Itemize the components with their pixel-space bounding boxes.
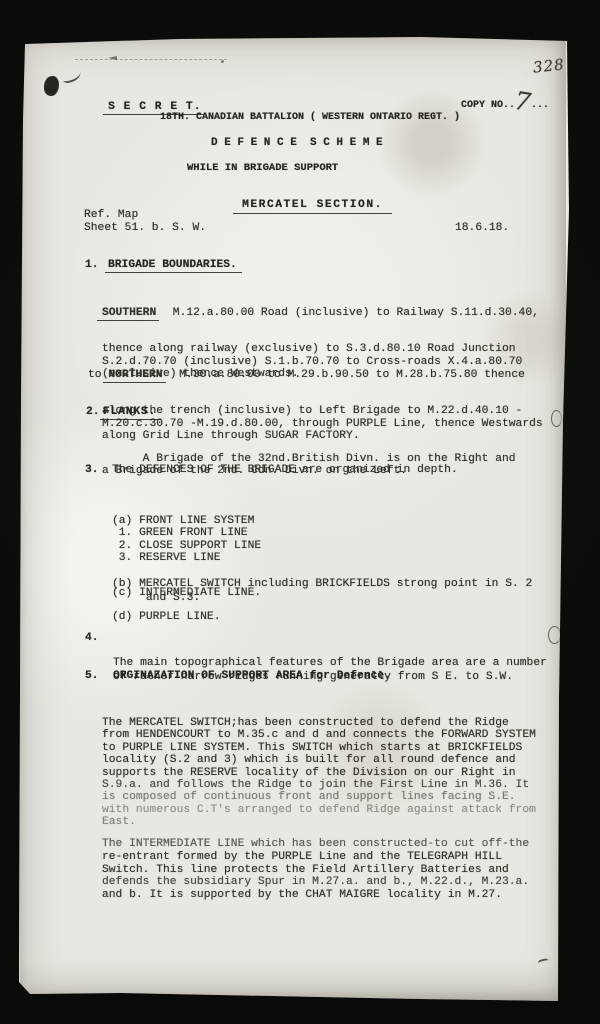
text-line: to PURPLE LINE SYSTEM. This SWITCH which… <box>102 742 536 754</box>
unit-title: 18TH. CANADIAN BATTALION ( WESTERN ONTAR… <box>160 112 460 123</box>
ink-smudge <box>61 68 83 85</box>
section-5-heading: ORGINAZATION OF SUPPORT AREA for Defence… <box>113 670 391 682</box>
text-line: Switch. This line protects the Field Art… <box>102 864 529 877</box>
text-line: locality (S.2 and 3) which is built for … <box>102 754 536 766</box>
ref-sheet-label: Sheet 51. b. S. W. <box>84 222 206 234</box>
document-page: 328 S E C R E T. COPY NO..7... 18TH. CAN… <box>0 0 600 1024</box>
section-2-number: 2. <box>86 406 100 418</box>
section-2-heading: FLANKS. <box>100 406 161 420</box>
section-1-heading: BRIGADE BOUNDARIES. <box>105 259 242 273</box>
section-4-number: 4. <box>85 632 99 644</box>
date-label: 18.6.18. <box>455 222 509 234</box>
ref-map-label: Ref. Map <box>84 209 138 221</box>
text-line: supports the RESERVE locality of the Div… <box>102 767 536 779</box>
section-5-number: 5. <box>85 670 99 682</box>
section-3-number: 3. <box>85 464 99 476</box>
copy-number-dots: ... <box>531 100 549 111</box>
section-3-heading: The DEFENCES OF THE BRIGADE are organize… <box>112 464 458 476</box>
punch-hole-bottom <box>548 626 561 644</box>
item-purple-line: (d) PURPLE LINE. <box>112 611 220 623</box>
copy-number-label: COPY NO.. <box>461 100 515 111</box>
punch-hole-top <box>551 410 562 427</box>
scheme-title: D E F E N C E S C H E M E <box>211 137 383 149</box>
text-line: re-entrant formed by the PURPLE Line and… <box>102 851 529 864</box>
text-line: is composed of continuous front and supp… <box>102 791 536 803</box>
support-title: WHILE IN BRIGADE SUPPORT <box>187 162 338 174</box>
scratch-line <box>75 59 227 60</box>
pen-mark-bottom <box>537 958 549 967</box>
southern-keyword: SOUTHERN <box>97 307 159 321</box>
text-line: from HENDENCOURT to M.35.c and d and con… <box>102 729 536 741</box>
copy-number-value: 7 <box>515 101 531 103</box>
scratch-dot <box>221 60 224 63</box>
section-title: MERCATEL SECTION. <box>233 199 392 214</box>
page-number-handwritten: 328 <box>532 55 565 76</box>
para-intermediate-line: The INTERMEDIATE LINE which has been con… <box>102 814 529 926</box>
item-intermediate-line: (c) INTERMEDIATE LINE. <box>112 587 261 599</box>
text-line: and b. It is supported by the CHAT MAIGR… <box>102 889 529 902</box>
text-line: (a) FRONT LINE SYSTEM <box>112 515 261 527</box>
text-line: S.9.a. and follows the Ridge to join the… <box>102 779 536 791</box>
ink-blot <box>44 76 59 96</box>
section-1-number: 1. <box>85 259 99 271</box>
text-line: along the trench (inclusive) to Left Bri… <box>102 405 543 417</box>
text-line: The main topographical features of the B… <box>113 656 547 670</box>
text-line: defends the subsidiary Spur in M.27.a. a… <box>102 876 529 889</box>
text-line: 1. GREEN FRONT LINE <box>112 527 261 539</box>
text-line: The MERCATEL SWITCH;has been constructed… <box>102 717 536 729</box>
text-line: The INTERMEDIATE LINE which has been con… <box>102 838 529 851</box>
northern-keyword: NORTHERN <box>103 369 165 383</box>
